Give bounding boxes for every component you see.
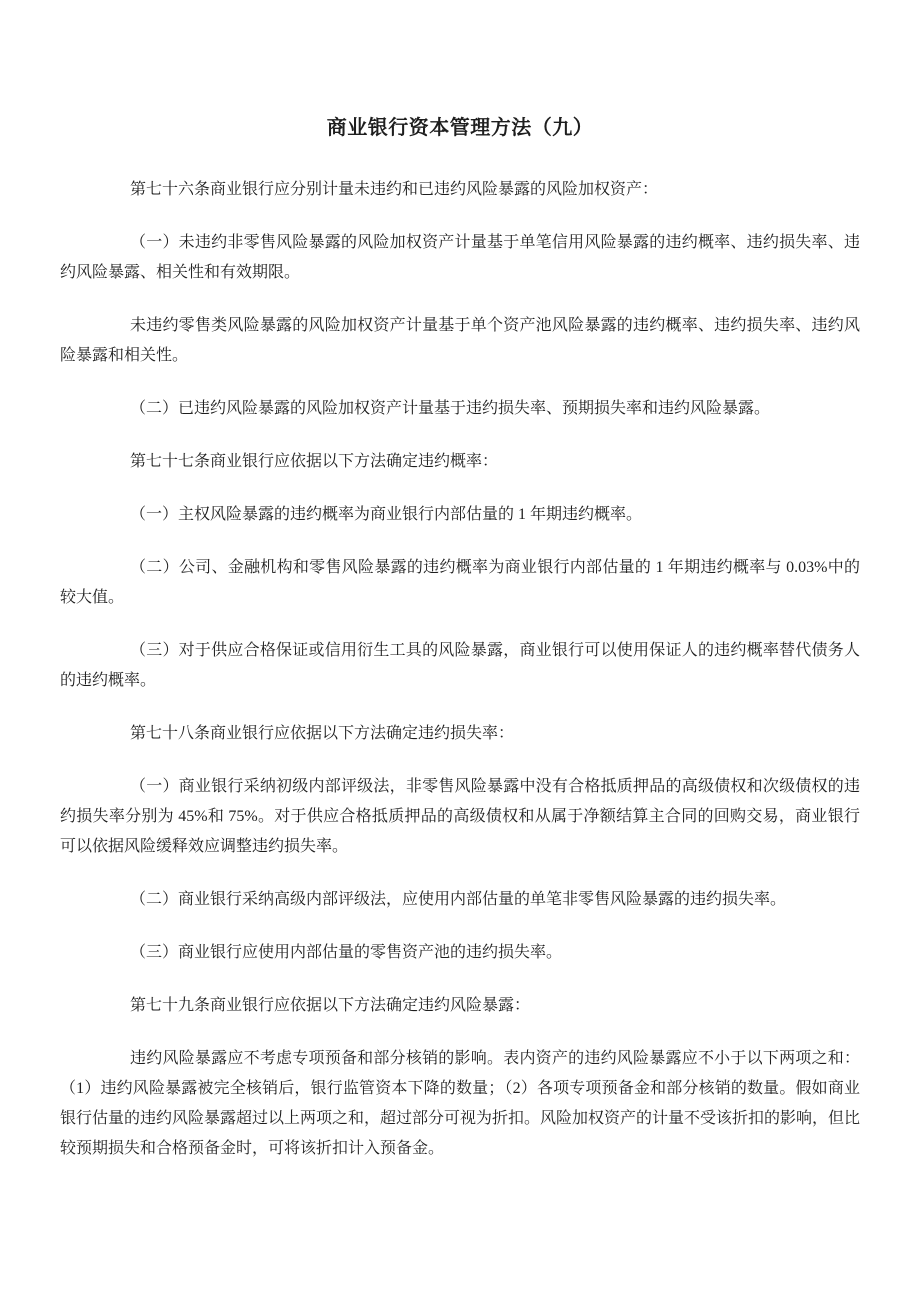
document-paragraph: （一）商业银行采纳初级内部评级法，非零售风险暴露中没有合格抵质押品的高级债权和次… bbox=[60, 772, 860, 862]
document-paragraph: 违约风险暴露应不考虑专项预备和部分核销的影响。表内资产的违约风险暴露应不小于以下… bbox=[60, 1044, 860, 1164]
document-paragraph: 第七十七条商业银行应依据以下方法确定违约概率： bbox=[60, 447, 860, 477]
document-paragraph: （二）商业银行采纳高级内部评级法，应使用内部估量的单笔非零售风险暴露的违约损失率… bbox=[60, 885, 860, 915]
document-paragraph: （三）商业银行应使用内部估量的零售资产池的违约损失率。 bbox=[60, 938, 860, 968]
document-paragraph: （二）公司、金融机构和零售风险暴露的违约概率为商业银行内部估量的 1 年期违约概… bbox=[60, 553, 860, 613]
document-paragraph: （三）对于供应合格保证或信用衍生工具的风险暴露，商业银行可以使用保证人的违约概率… bbox=[60, 636, 860, 696]
document-page: 商业银行资本管理方法（九） 第七十六条商业银行应分别计量未违约和已违约风险暴露的… bbox=[0, 0, 920, 1301]
document-paragraph: 未违约零售类风险暴露的风险加权资产计量基于单个资产池风险暴露的违约概率、违约损失… bbox=[60, 311, 860, 371]
document-paragraph: 第七十八条商业银行应依据以下方法确定违约损失率： bbox=[60, 719, 860, 749]
document-paragraph: 第七十六条商业银行应分别计量未违约和已违约风险暴露的风险加权资产： bbox=[60, 175, 860, 205]
document-paragraph: （一）未违约非零售风险暴露的风险加权资产计量基于单笔信用风险暴露的违约概率、违约… bbox=[60, 228, 860, 288]
document-body: 第七十六条商业银行应分别计量未违约和已违约风险暴露的风险加权资产：（一）未违约非… bbox=[60, 175, 860, 1164]
document-paragraph: 第七十九条商业银行应依据以下方法确定违约风险暴露： bbox=[60, 991, 860, 1021]
document-title: 商业银行资本管理方法（九） bbox=[60, 113, 860, 143]
document-paragraph: （二）已违约风险暴露的风险加权资产计量基于违约损失率、预期损失率和违约风险暴露。 bbox=[60, 394, 860, 424]
document-paragraph: （一）主权风险暴露的违约概率为商业银行内部估量的 1 年期违约概率。 bbox=[60, 500, 860, 530]
